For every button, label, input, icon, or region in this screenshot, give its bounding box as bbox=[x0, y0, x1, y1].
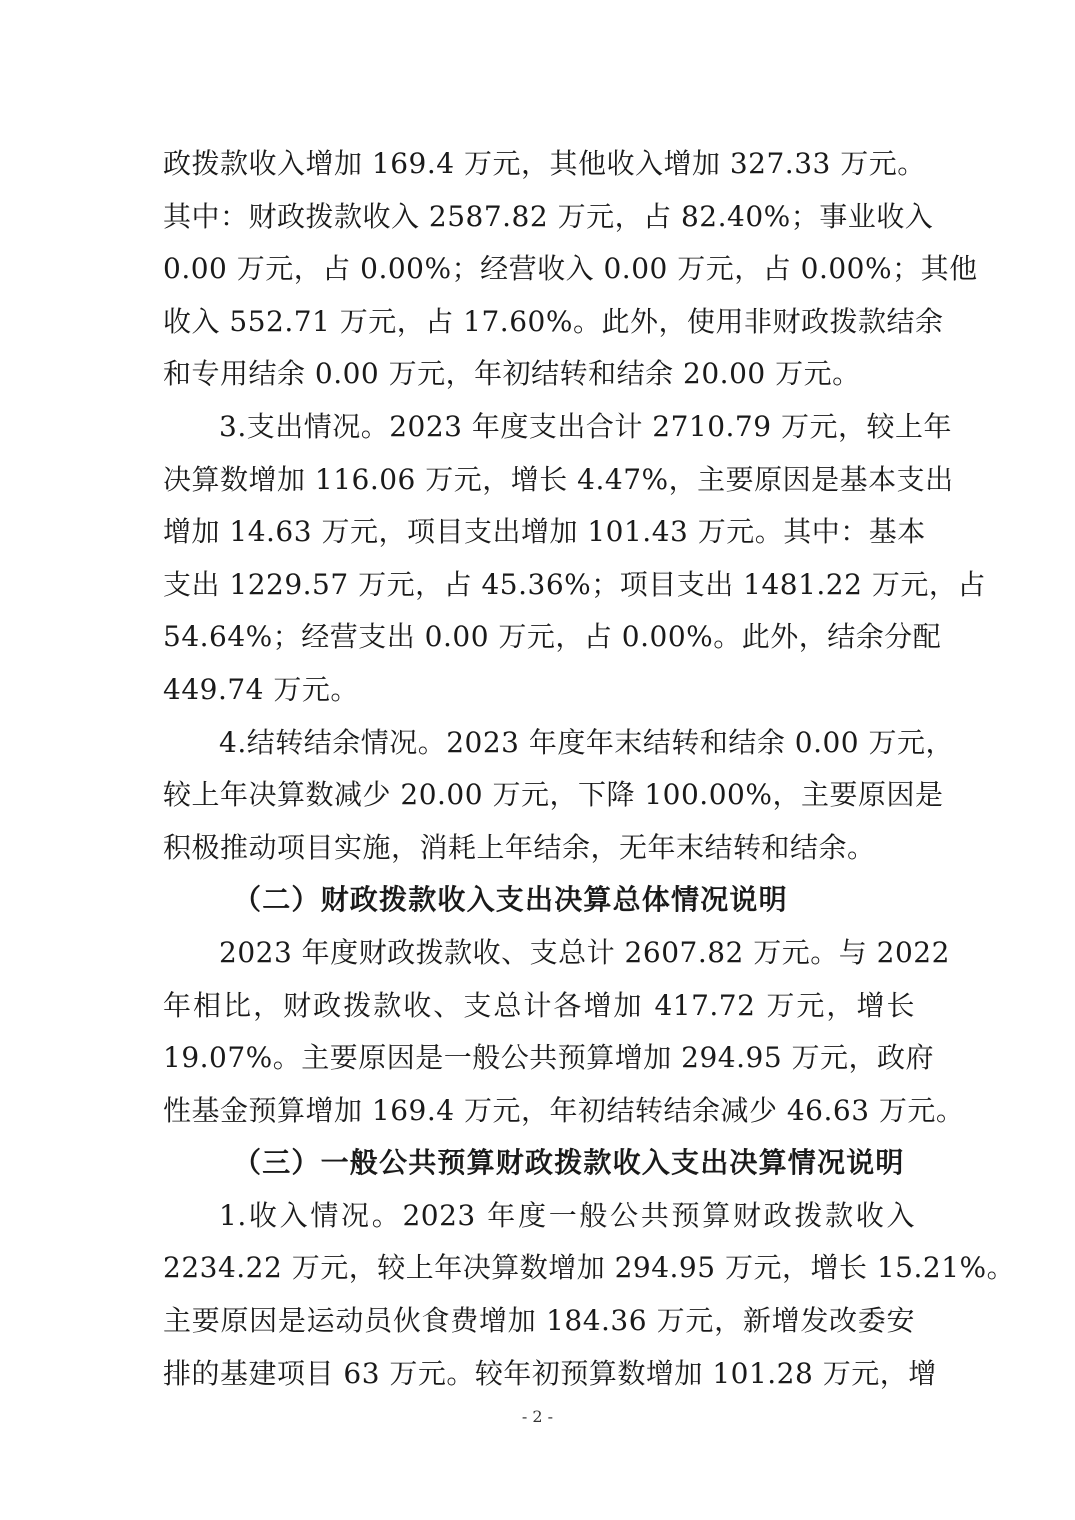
paragraph-line: 排的基建项目 63 万元。较年初预算数增加 101.28 万元，增 bbox=[163, 1348, 915, 1401]
section-heading-2: （二）财政拨款收入支出决算总体情况说明 bbox=[163, 874, 915, 927]
paragraph-line: 收入 552.71 万元，占 17.60%。此外，使用非财政拨款结余 bbox=[163, 296, 915, 349]
paragraph-line: 19.07%。主要原因是一般公共预算增加 294.95 万元，政府 bbox=[163, 1032, 915, 1085]
page-number: - 2 - bbox=[0, 1407, 1075, 1426]
paragraph-line: 其中：财政拨款收入 2587.82 万元，占 82.40%；事业收入 bbox=[163, 191, 915, 244]
section-income-line: 1.收入情况。2023 年度一般公共预算财政拨款收入 bbox=[163, 1190, 915, 1243]
paragraph-line: 2234.22 万元，较上年决算数增加 294.95 万元，增长 15.21%。 bbox=[163, 1242, 915, 1295]
paragraph-line: 增加 14.63 万元，项目支出增加 101.43 万元。其中：基本 bbox=[163, 506, 915, 559]
paragraph-line: 和专用结余 0.00 万元，年初结转和结余 20.00 万元。 bbox=[163, 348, 915, 401]
section-heading-3: （三）一般公共预算财政拨款收入支出决算情况说明 bbox=[163, 1137, 915, 1190]
paragraph-line: 54.64%；经营支出 0.00 万元，占 0.00%。此外，结余分配 bbox=[163, 611, 915, 664]
paragraph-line: 积极推动项目实施，消耗上年结余，无年末结转和结余。 bbox=[163, 822, 915, 875]
section-carryover-line: 4.结转结余情况。2023 年度年末结转和结余 0.00 万元， bbox=[163, 717, 915, 770]
paragraph-line: 2023 年度财政拨款收、支总计 2607.82 万元。与 2022 bbox=[163, 927, 915, 980]
paragraph-line: 主要原因是运动员伙食费增加 184.36 万元，新增发改委安 bbox=[163, 1295, 915, 1348]
paragraph-line: 449.74 万元。 bbox=[163, 664, 915, 717]
paragraph-line: 较上年决算数减少 20.00 万元，下降 100.00%，主要原因是 bbox=[163, 769, 915, 822]
paragraph-line: 0.00 万元，占 0.00%；经营收入 0.00 万元，占 0.00%；其他 bbox=[163, 243, 915, 296]
paragraph-line: 政拨款收入增加 169.4 万元，其他收入增加 327.33 万元。 bbox=[163, 138, 915, 191]
paragraph-line: 决算数增加 116.06 万元，增长 4.47%，主要原因是基本支出 bbox=[163, 454, 915, 507]
paragraph-line: 性基金预算增加 169.4 万元，年初结转结余减少 46.63 万元。 bbox=[163, 1085, 915, 1138]
section-expenditure-line: 3.支出情况。2023 年度支出合计 2710.79 万元，较上年 bbox=[163, 401, 915, 454]
document-page: 政拨款收入增加 169.4 万元，其他收入增加 327.33 万元。 其中：财政… bbox=[163, 138, 915, 1400]
paragraph-line: 支出 1229.57 万元，占 45.36%；项目支出 1481.22 万元，占 bbox=[163, 559, 915, 612]
paragraph-line: 年相比，财政拨款收、支总计各增加 417.72 万元，增长 bbox=[163, 980, 915, 1033]
